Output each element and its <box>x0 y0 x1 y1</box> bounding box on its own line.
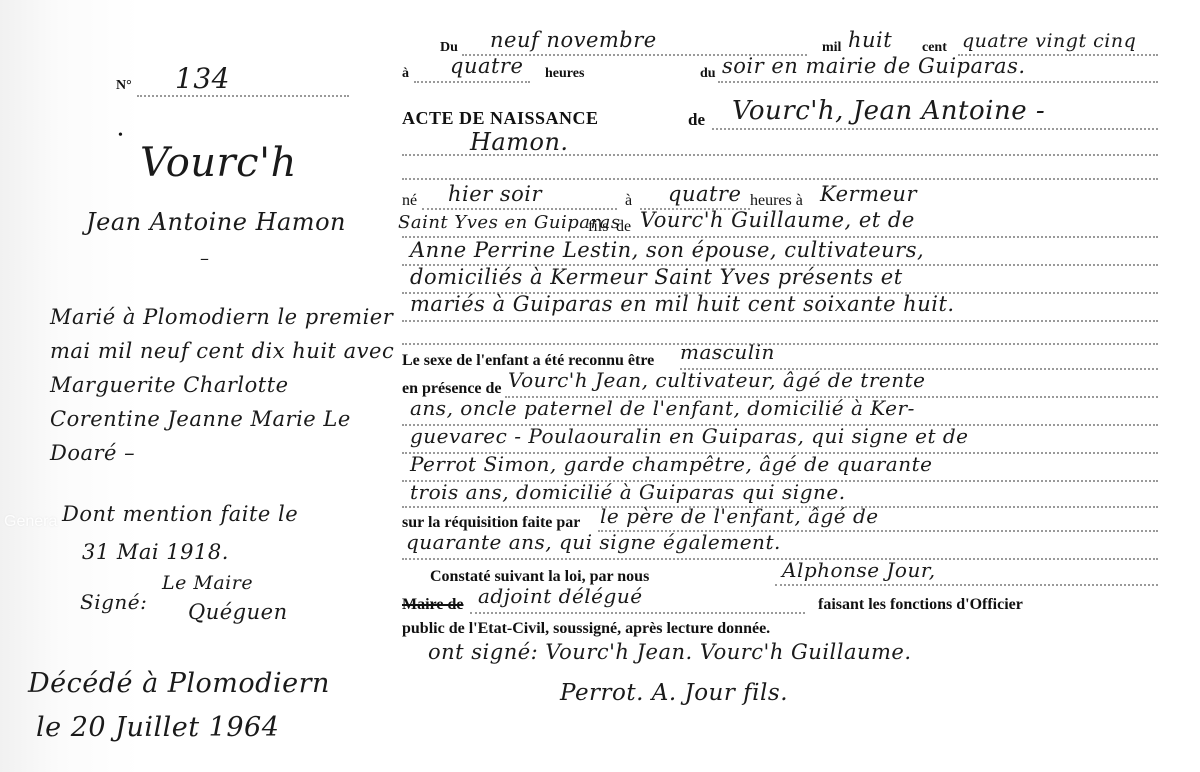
fils-label: fils <box>588 218 608 236</box>
birth-a-label: à <box>625 192 632 210</box>
du2-label: du <box>700 66 716 82</box>
marriage-note: Marié à Plomodiern le premier mai mil ne… <box>50 300 400 470</box>
acte-de-label: de <box>688 110 705 130</box>
blank-line-1 <box>402 178 1158 180</box>
mention-mayor-title: Le Maire <box>162 572 253 594</box>
official-role-line <box>470 612 805 614</box>
witness-line-1-value: Vourc'h Jean, cultivateur, âgé de trente <box>508 368 925 392</box>
witness-line-4-value: Perrot Simon, garde champêtre, âgé de qu… <box>410 452 932 476</box>
official-name-line <box>775 584 1158 586</box>
fils-de-label: de <box>616 218 631 236</box>
official-name-value: Alphonse Jour, <box>782 558 936 582</box>
signatures-line-2: Perrot. A. Jour fils. <box>560 680 788 706</box>
requisition-line-2-value: quarante ans, qui signe également. <box>406 530 781 554</box>
acte-name-value-1: Vourc'h, Jean Antoine - <box>732 96 1045 126</box>
sex-value: masculin <box>680 340 775 364</box>
period-line <box>718 81 1158 83</box>
margin-dash: – <box>200 248 210 269</box>
death-note-line-1: Décédé à Plomodiern <box>28 668 330 699</box>
acte-name-value-2: Hamon. <box>470 128 569 156</box>
requisition-line-2 <box>402 558 1158 560</box>
period-place-value: soir en mairie de Guiparas. <box>722 54 1026 78</box>
record-number-value: 134 <box>175 62 230 95</box>
ne-label: né <box>402 192 417 210</box>
watermark: Genera <box>4 513 57 531</box>
birth-hour-value: quatre <box>668 182 741 206</box>
mention-mayor-name: Quéguen <box>188 600 288 624</box>
mention-line-1: Dont mention faite le <box>62 502 298 526</box>
record-number-line <box>137 95 349 97</box>
father-value: Vourc'h Guillaume, et de <box>640 208 915 232</box>
death-note-line-2: le 20 Juillet 1964 <box>36 712 279 743</box>
witness-line-3-value: guevarec - Poulaouralin en Guiparas, qui… <box>410 424 969 448</box>
mil-value: huit <box>848 28 892 52</box>
birth-place-value: Kermeur <box>820 182 917 206</box>
margin-surname: Vourc'h <box>140 140 297 186</box>
acte-title: ACTE DE NAISSANCE <box>402 108 599 129</box>
requisition-line-1-value: le père de l'enfant, âgé de <box>600 504 879 528</box>
official-role-value: adjoint délégué <box>478 584 643 608</box>
blank-line-2 <box>402 343 1158 345</box>
record-number-label: N° <box>116 78 132 94</box>
margin-given-names: Jean Antoine Hamon <box>86 208 346 236</box>
public-label: public de l'Etat-Civil, soussigné, après… <box>402 620 770 638</box>
birth-certificate-page: Genera N° 134 • Vourc'h Jean Antoine Ham… <box>0 0 1200 772</box>
heures-label: heures <box>545 66 584 82</box>
witness-line-5-value: trois ans, domicilié à Guiparas qui sign… <box>410 480 846 504</box>
birth-line-5 <box>402 320 1158 322</box>
mention-line-2: 31 Mai 1918. <box>82 540 229 564</box>
ne-line <box>422 208 617 210</box>
hour-line <box>414 81 530 83</box>
year-value: quatre vingt cinq <box>962 30 1136 52</box>
acte-name-line-1 <box>712 128 1158 130</box>
faisant-label: faisant les fonctions d'Officier <box>818 596 1023 614</box>
date-value: neuf novembre <box>490 28 657 52</box>
birth-line-5-value: mariés à Guiparas en mil huit cent soixa… <box>410 292 955 316</box>
mention-signed-label: Signé: <box>80 590 147 614</box>
signatures-line-1: ont signé: Vourc'h Jean. Vourc'h Guillau… <box>428 640 912 664</box>
ne-value: hier soir <box>448 182 542 206</box>
birth-line-3-value: Anne Perrine Lestin, son épouse, cultiva… <box>410 238 924 262</box>
a-label: à <box>402 66 409 82</box>
birth-line-4-value: domiciliés à Kermeur Saint Yves présents… <box>410 265 903 289</box>
maire-de-struck: Maire de <box>402 596 463 614</box>
hour-value: quatre <box>450 54 523 78</box>
bullet-dot: • <box>118 128 123 144</box>
witness-line-2-value: ans, oncle paternel de l'enfant, domicil… <box>410 396 915 420</box>
